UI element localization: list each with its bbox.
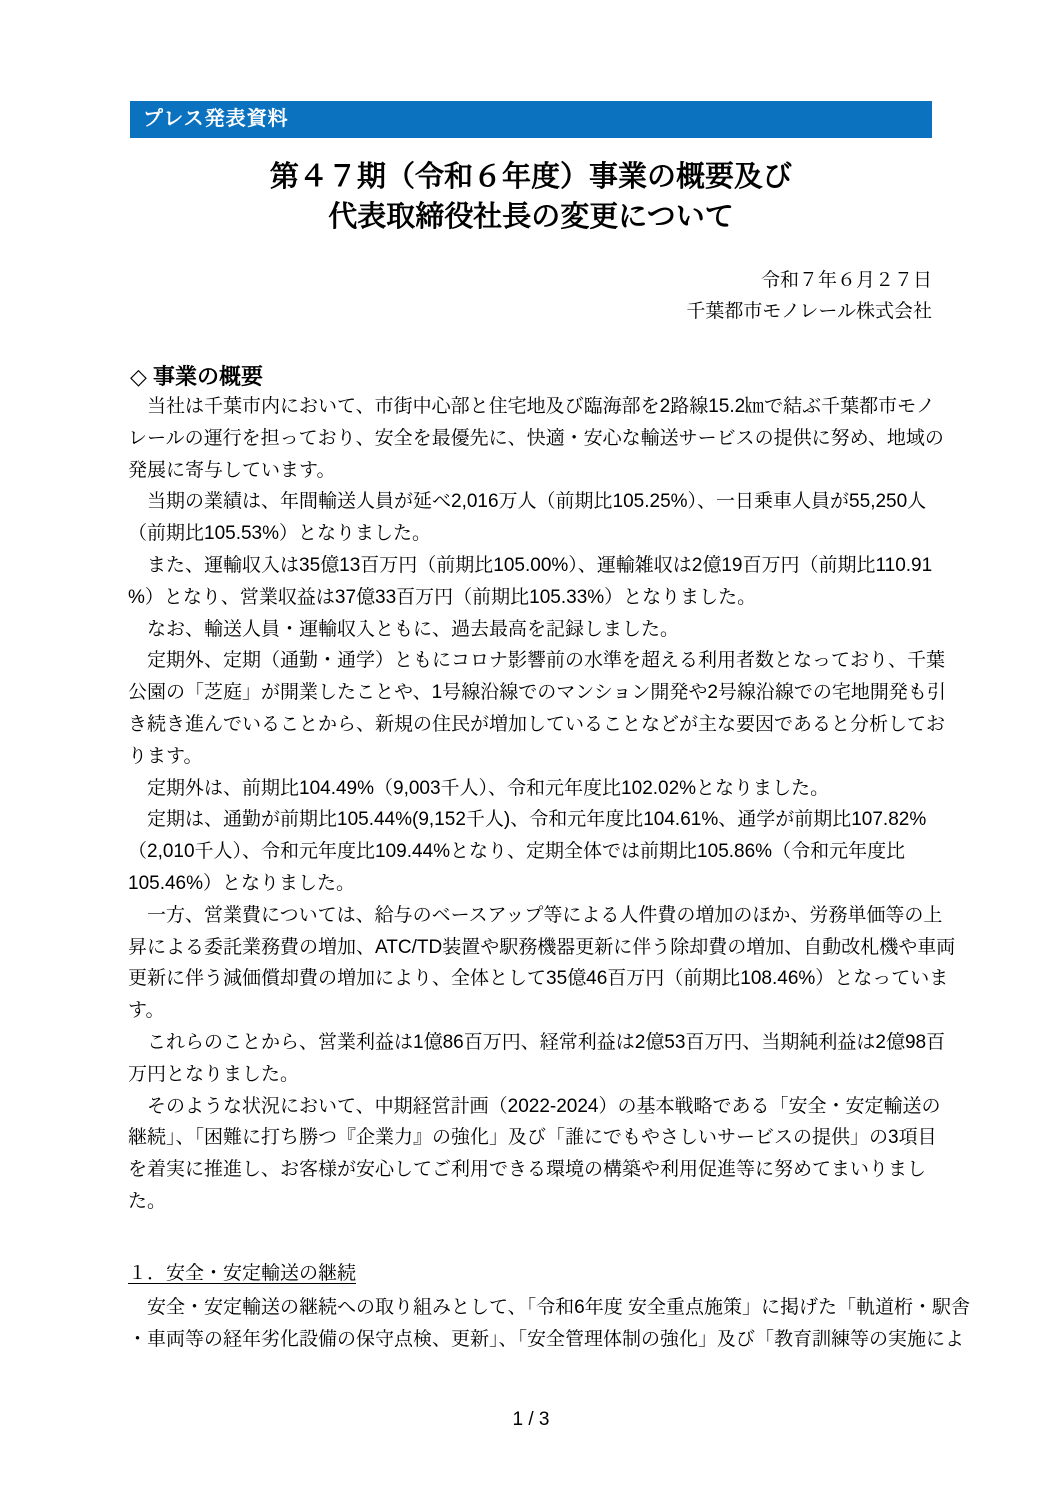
body-line: 105.46%）となりました。 [128,868,1058,900]
body-line: 安全・安定輸送の継続への取り組みとして、「令和6年度 安全重点施策」に掲げた「軌… [128,1292,1058,1324]
body-line: 継続」、「困難に打ち勝つ『企業力』の強化」及び「誰にでもやさしいサービスの提供」… [128,1122,1058,1154]
date-line: 令和７年６月２７日 [130,265,932,296]
body-line: 更新に伴う減価償却費の増加により、全体として35億46百万円（前期比108.46… [128,963,1058,995]
section1-body: 安全・安定輸送の継続への取り組みとして、「令和6年度 安全重点施策」に掲げた「軌… [128,1292,1058,1356]
body-line: 当社は千葉市内において、市街中心部と住宅地及び臨海部を2路線15.2㎞で結ぶ千葉… [128,391,1058,423]
body-line: そのような状況において、中期経営計画（2022-2024）の基本戦略である「安全… [128,1091,1058,1123]
title-line: 第４７期（令和６年度）事業の概要及び [130,157,932,197]
body-line: 発展に寄与しています。 [128,455,1058,487]
body-line: 万円となりました。 [128,1059,1058,1091]
body-line: き続き進んでいることから、新規の住民が増加していることなどが主な要因であると分析… [128,709,1058,741]
body-line: 定期外、定期（通勤・通学）ともにコロナ影響前の水準を超える利用者数となっており、… [128,645,1058,677]
document-title: 第４７期（令和６年度）事業の概要及び代表取締役社長の変更について [130,157,932,237]
press-banner: プレス発表資料 [130,101,932,138]
body-line: 公園の「芝庭」が開業したことや、1号線沿線でのマンション開発や2号線沿線での宅地… [128,677,1058,709]
body-line: を着実に推進し、お客様が安心してご利用できる環境の構築や利用促進等に努めてまいり… [128,1154,1058,1186]
body-line: （2,010千人）、令和元年度比109.44%となり、定期全体では前期比105.… [128,836,1058,868]
body-line: なお、輸送人員・運輸収入ともに、過去最高を記録しました。 [128,614,1058,646]
body-line: 一方、営業費については、給与のベースアップ等による人件費の増加のほか、労務単価等… [128,900,1058,932]
body-line: 定期は、通勤が前期比105.44%(9,152千人)、令和元年度比104.61%… [128,804,1058,836]
meta-block: 令和７年６月２７日 千葉都市モノレール株式会社 [130,265,932,327]
body-line: ります。 [128,741,1058,773]
title-line: 代表取締役社長の変更について [130,197,932,237]
body-line: これらのことから、営業利益は1億86百万円、経常利益は2億53百万円、当期純利益… [128,1027,1058,1059]
body-line: た。 [128,1186,1058,1218]
section1-heading: １．安全・安定輸送の継続 [128,1258,356,1290]
body-line: %）となり、営業収益は37億33百万円（前期比105.33%）となりました。 [128,582,1058,614]
body-line: （前期比105.53%）となりました。 [128,518,1058,550]
body-line: 昇による委託業務費の増加、ATC/TD装置や駅務機器更新に伴う除却費の増加、自動… [128,932,1058,964]
overview-heading: ◇ 事業の概要 [130,361,263,393]
body-line: 当期の業績は、年間輸送人員が延べ2,016万人（前期比105.25%）、一日乗車… [128,486,1058,518]
body-line: ・車両等の経年劣化設備の保守点検、更新」、「安全管理体制の強化」及び「教育訓練等… [128,1324,1058,1356]
overview-body: 当社は千葉市内において、市街中心部と住宅地及び臨海部を2路線15.2㎞で結ぶ千葉… [128,391,1058,1218]
press-banner-label: プレス発表資料 [130,101,932,138]
document-page: プレス発表資料 第４７期（令和６年度）事業の概要及び代表取締役社長の変更について… [0,0,1058,1497]
body-line: す。 [128,995,1058,1027]
body-line: 定期外は、前期比104.49%（9,003千人）、令和元年度比102.02%とな… [128,773,1058,805]
body-line: また、運輸収入は35億13百万円（前期比105.00%）、運輸雑収は2億19百万… [128,550,1058,582]
section1: １．安全・安定輸送の継続 安全・安定輸送の継続への取り組みとして、「令和6年度 … [128,1258,1058,1356]
page-number: 1 / 3 [130,1404,932,1435]
body-line: レールの運行を担っており、安全を最優先に、快適・安心な輸送サービスの提供に努め、… [128,423,1058,455]
company-line: 千葉都市モノレール株式会社 [130,296,932,327]
